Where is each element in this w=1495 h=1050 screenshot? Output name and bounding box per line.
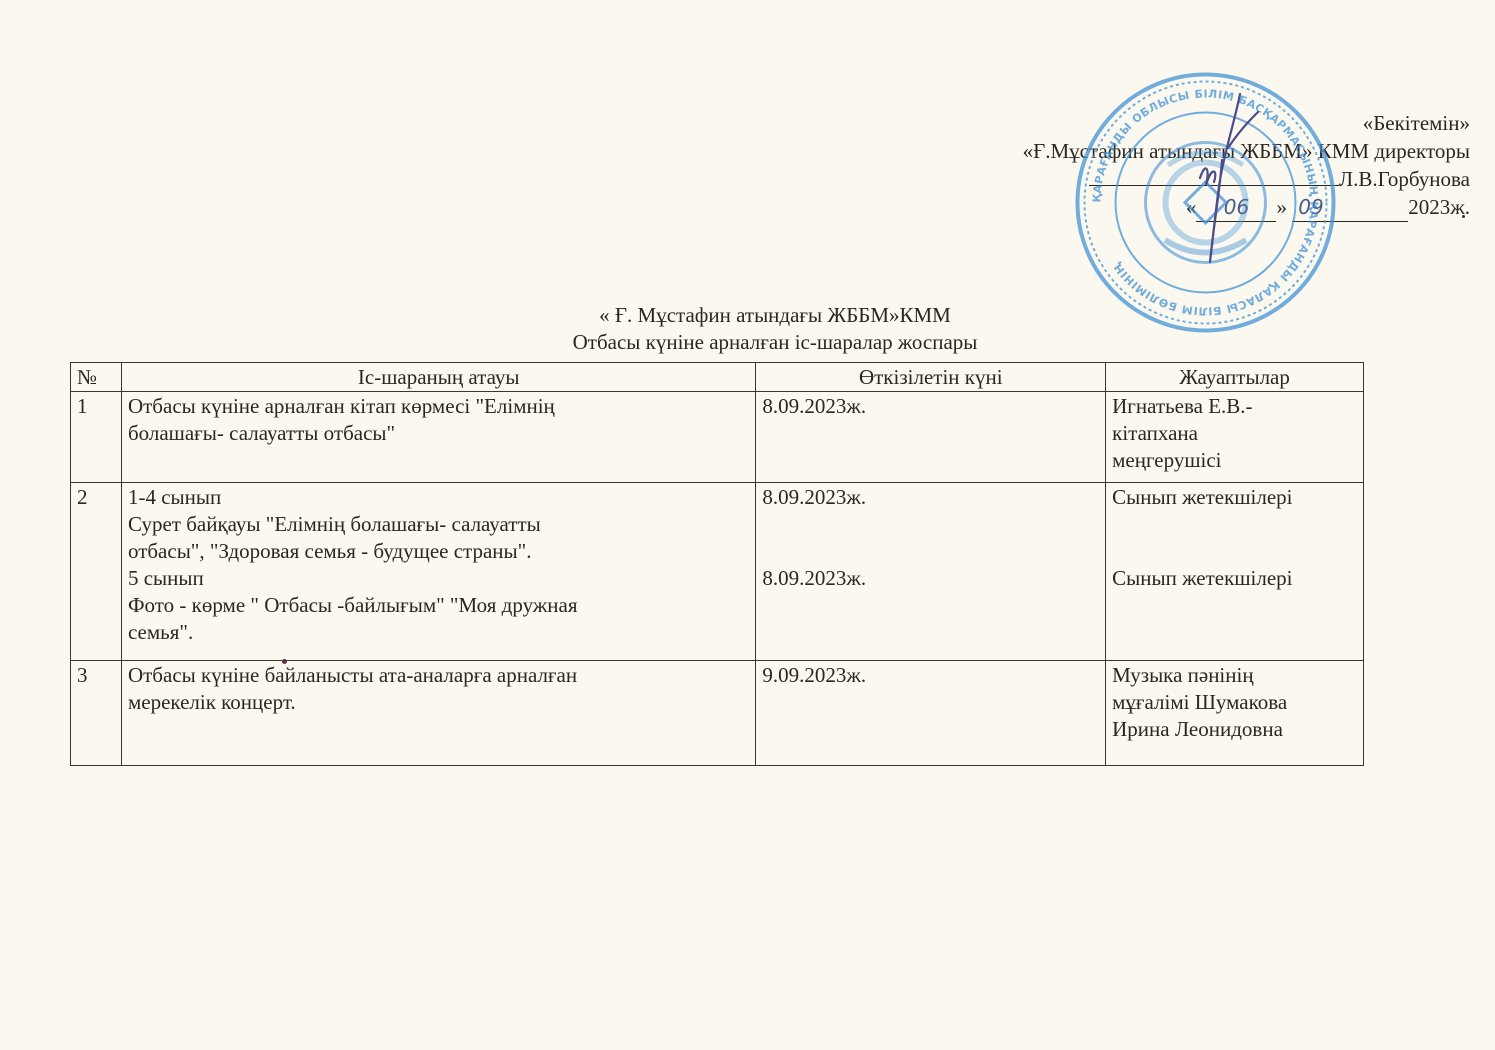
header-number: № [71,363,122,392]
event-text: Фото - көрме " Отбасы -байлығым" "Моя др… [128,592,749,619]
header-responsible: Жауаптылар [1106,363,1364,392]
event-name-cell: Отбасы күніне байланысты ата-аналарға ар… [121,661,755,766]
table-header-row: № Іс-шараның атауы Өткізілетін күні Жауа… [71,363,1364,392]
header-date: Өткізілетін күні [756,363,1106,392]
event-name-cell: 1-4 сынып Сурет байқауы "Елімнің болашағ… [121,483,755,661]
director-name: Л.В.Горбунова [1339,167,1470,191]
responsible-text: Ирина Леонидовна [1112,716,1357,743]
document-title: « Ғ. Мұстафин атындағы ЖББМ»КММ [0,302,1495,329]
responsible-text: кітапхана [1112,420,1357,447]
responsible-text: Сынып жетекшілері [1112,565,1357,592]
approval-heading: «Бекітемін» [1023,110,1470,138]
responsible-text: Сынып жетекшілері [1112,484,1357,511]
event-date: 9.09.2023ж. [762,662,1099,689]
date-year: 2023ж. [1408,195,1470,219]
approval-date-line: «06» 092023ж. [1023,194,1470,223]
event-text: 5 сынып [128,565,749,592]
event-text: Отбасы күніне байланысты ата-аналарға ар… [128,662,749,689]
ink-blot [282,659,287,664]
event-text: болашағы- салауатты отбасы" [128,420,749,447]
document-subtitle: Отбасы күніне арналған іс-шаралар жоспар… [0,329,1495,356]
date-open-quote: « [1186,195,1197,219]
spacer [762,511,1099,565]
header-event-name: Іс-шараның атауы [121,363,755,392]
row-number: 1 [71,392,122,483]
responsible-cell: Игнатьева Е.В.- кітапхана меңгерушісі [1106,392,1364,483]
approval-director-line: Л.В.Горбунова [1023,165,1470,194]
table-row: 3 Отбасы күніне байланысты ата-аналарға … [71,661,1364,766]
responsible-text: мұғалімі Шумакова [1112,689,1357,716]
date-close-quote: » [1276,195,1287,219]
date-cell: 8.09.2023ж. [756,392,1106,483]
date-day: 06 [1196,194,1276,223]
responsible-cell: Музыка пәнінің мұғалімі Шумакова Ирина Л… [1106,661,1364,766]
approval-block: «Бекітемін» «Ғ.Мұстафин атындағы ЖББМ» К… [1023,110,1470,222]
date-month: 09 [1292,194,1408,223]
document-titles: « Ғ. Мұстафин атындағы ЖББМ»КММ Отбасы к… [0,302,1495,356]
event-date: 8.09.2023ж. [762,484,1099,511]
table-row: 2 1-4 сынып Сурет байқауы "Елімнің болаш… [71,483,1364,661]
event-date: 8.09.2023ж. [762,565,1099,592]
event-text: Сурет байқауы "Елімнің болашағы- салауат… [128,511,749,538]
event-text: Отбасы күніне арналған кітап көрмесі "Ел… [128,393,749,420]
row-number: 2 [71,483,122,661]
event-text: мерекелік концерт. [128,689,749,716]
signature-line [1089,165,1339,186]
table-row: 1 Отбасы күніне арналған кітап көрмесі "… [71,392,1364,483]
event-text: семья". [128,619,749,646]
event-date: 8.09.2023ж. [762,393,1099,420]
responsible-text: меңгерушісі [1112,447,1357,474]
events-plan-table: № Іс-шараның атауы Өткізілетін күні Жауа… [70,362,1364,766]
row-number: 3 [71,661,122,766]
responsible-text: Игнатьева Е.В.- [1112,393,1357,420]
event-text: 1-4 сынып [128,484,749,511]
responsible-cell: Сынып жетекшілері Сынып жетекшілері [1106,483,1364,661]
approval-org-line: «Ғ.Мұстафин атындағы ЖББМ» КММ директоры [1023,138,1470,166]
date-cell: 8.09.2023ж. 8.09.2023ж. [756,483,1106,661]
date-cell: 9.09.2023ж. [756,661,1106,766]
responsible-text: Музыка пәнінің [1112,662,1357,689]
event-text: отбасы", "Здоровая семья - будущее стран… [128,538,749,565]
event-name-cell: Отбасы күніне арналған кітап көрмесі "Ел… [121,392,755,483]
spacer [1112,511,1357,565]
